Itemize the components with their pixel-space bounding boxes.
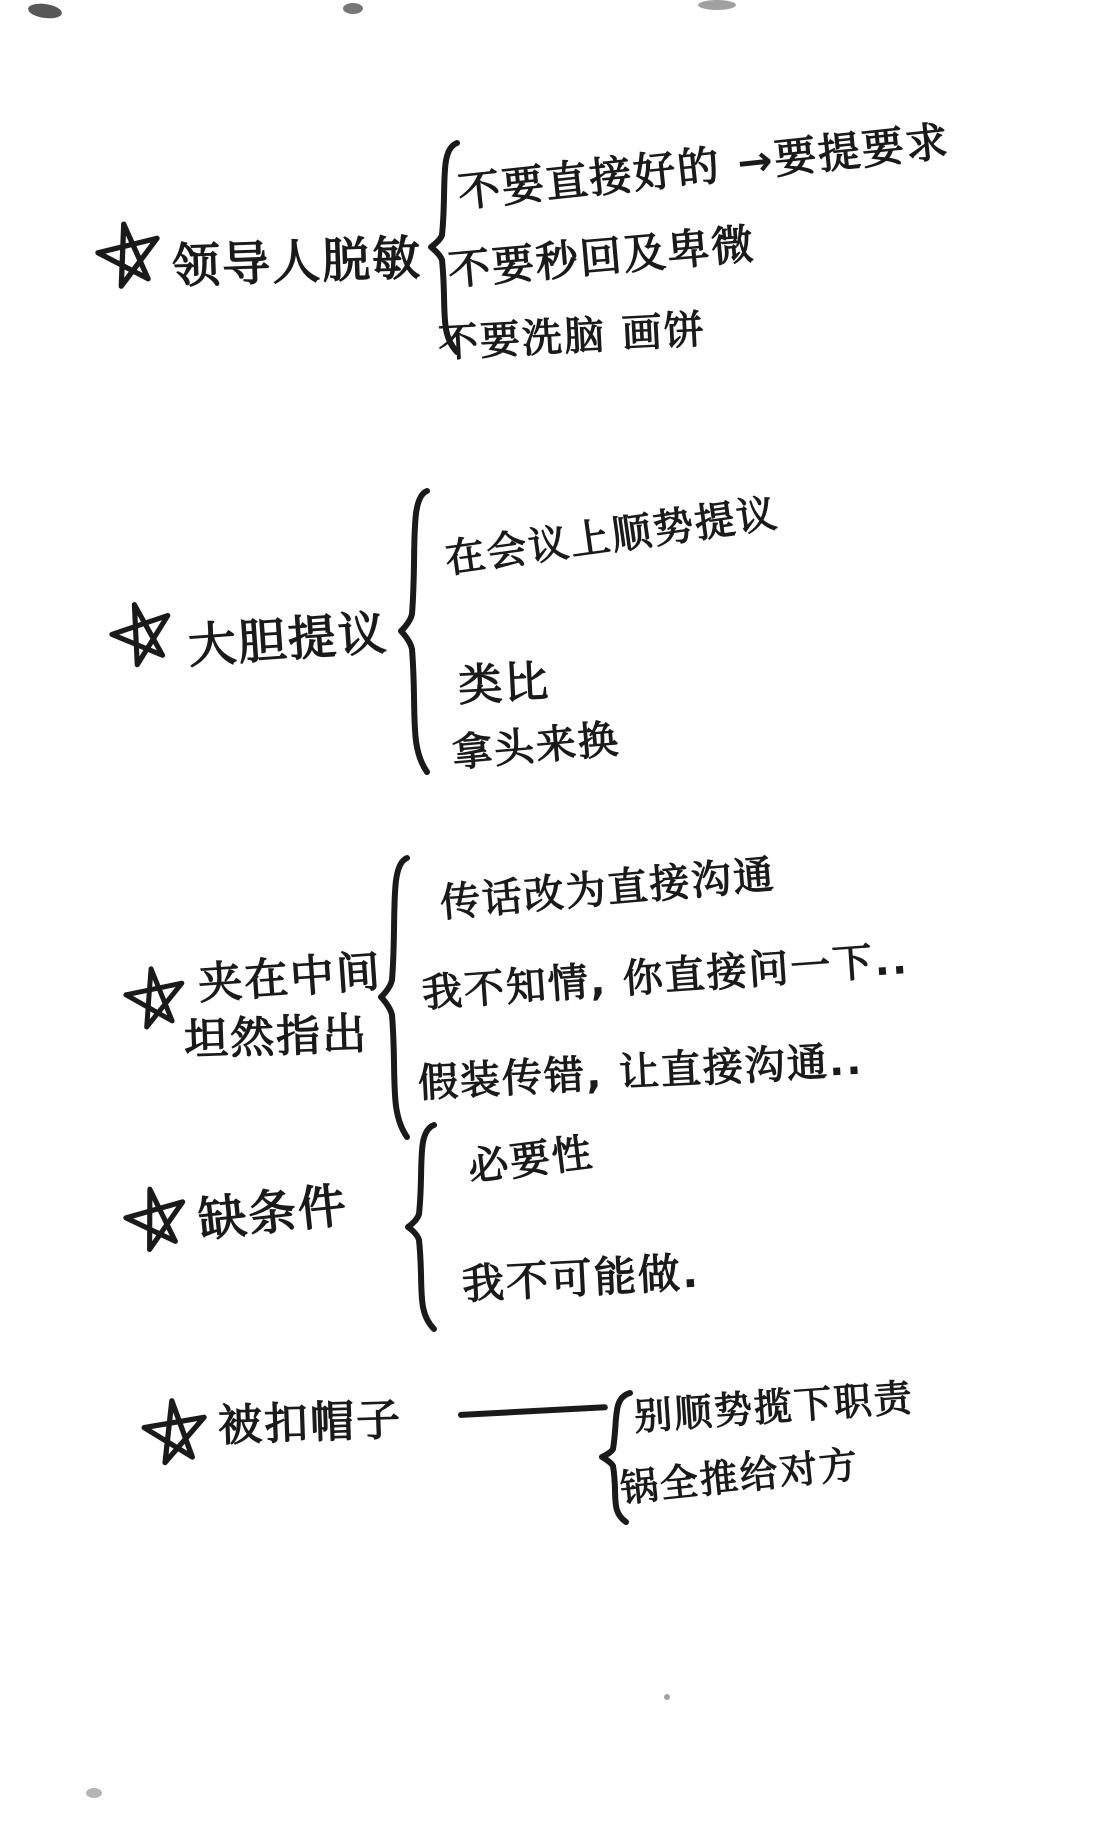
- note-item: 不要秒回及卑微: [445, 211, 757, 298]
- group-heading: 大胆提议: [186, 594, 390, 677]
- note-item: 不要洗脑 画饼: [437, 298, 708, 369]
- scan-smudge: [27, 2, 63, 21]
- star-icon: [124, 952, 186, 1042]
- scan-dot: [664, 1694, 670, 1700]
- connector-dash: [458, 1404, 608, 1418]
- scan-smudge: [698, 0, 736, 10]
- note-item: 我不知情, 你直接问一下..: [420, 928, 910, 1019]
- note-item: 别顺势揽下职责: [632, 1367, 915, 1441]
- brace: [395, 488, 435, 775]
- brace: [402, 1122, 442, 1332]
- group-heading: 领导人脱敏: [171, 219, 423, 297]
- note-item: 拿头来换: [450, 707, 622, 778]
- note-item: 锅全推给对方: [617, 1433, 861, 1513]
- scanned-note-page: 领导人脱敏 不要直接好的 →要提要求 不要秒回及卑微 不要洗脑 画饼 大胆提议 …: [0, 0, 1109, 1834]
- note-item: 我不可能做.: [460, 1240, 701, 1312]
- group-heading: 缺条件: [194, 1167, 350, 1251]
- note-item: 不要直接好的 →要提要求: [455, 109, 952, 220]
- note-item: 必要性: [465, 1121, 597, 1193]
- note-item: 假装传错, 让直接沟通..: [417, 1029, 865, 1109]
- group-heading-line2: 坦然指出: [183, 998, 369, 1068]
- brace: [375, 855, 415, 1140]
- star-icon: [142, 1382, 208, 1480]
- star-icon: [110, 588, 174, 678]
- note-item: 类比: [456, 645, 551, 714]
- star-icon: [124, 1172, 188, 1264]
- scan-smudge: [86, 1788, 102, 1798]
- note-item: 传话改为直接沟通: [438, 843, 778, 929]
- group-heading: 被扣帽子: [217, 1384, 403, 1454]
- star-icon: [96, 208, 162, 300]
- note-item: 在会议上顺势提议: [441, 482, 782, 585]
- scan-smudge: [343, 3, 363, 14]
